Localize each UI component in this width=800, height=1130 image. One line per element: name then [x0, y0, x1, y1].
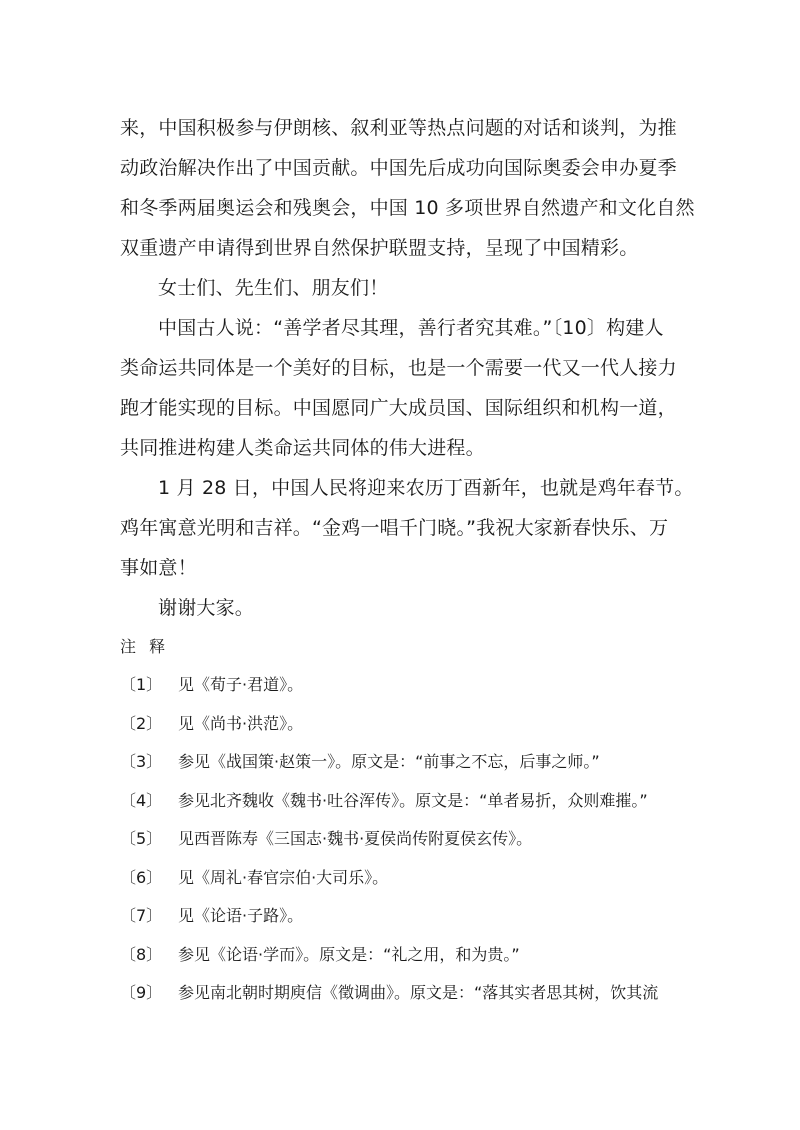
body-line: 来，中国积极参与伊朗核、叙利亚等热点问题的对话和谈判，为推: [120, 108, 680, 148]
note-item: 〔8〕 参见《论语·学而》。原文是：“礼之用，和为贵。”: [120, 936, 680, 975]
body-line: 跑才能实现的目标。中国愿同广大成员国、国际组织和机构一道，: [120, 388, 680, 428]
document-page: 来，中国积极参与伊朗核、叙利亚等热点问题的对话和谈判，为推 动政治解决作出了中国…: [120, 108, 680, 1013]
note-number: 〔8〕: [120, 936, 178, 975]
body-line: 类命运共同体是一个美好的目标，也是一个需要一代又一代人接力: [120, 348, 680, 388]
note-text: 参见北齐魏收《魏书·吐谷浑传》。原文是：“单者易折，众则难摧。”: [178, 782, 648, 821]
note-item: 〔6〕 见《周礼·春官宗伯·大司乐》。: [120, 859, 680, 898]
note-item: 〔7〕 见《论语·子路》。: [120, 897, 680, 936]
note-text: 参见《论语·学而》。原文是：“礼之用，和为贵。”: [178, 936, 520, 975]
body-line: 和冬季两届奥运会和残奥会，中国 10 多项世界自然遗产和文化自然: [120, 188, 680, 228]
note-number: 〔2〕: [120, 705, 178, 744]
body-line: 事如意！: [120, 548, 680, 588]
note-text: 见西晋陈寿《三国志·魏书·夏侯尚传附夏侯玄传》。: [178, 820, 532, 859]
note-text: 参见《战国策·赵策一》。原文是：“前事之不忘，后事之师。”: [178, 743, 600, 782]
note-text: 见《尚书·洪范》。: [178, 705, 303, 744]
body-line: 中国古人说：“善学者尽其理，善行者究其难。”〔10〕构建人: [120, 308, 680, 348]
note-number: 〔4〕: [120, 782, 178, 821]
greeting: 女士们、先生们、朋友们！: [120, 268, 680, 308]
note-number: 〔3〕: [120, 743, 178, 782]
note-number: 〔9〕: [120, 974, 178, 1013]
note-item: 〔1〕 见《荀子·君道》。: [120, 666, 680, 705]
note-item: 〔2〕 见《尚书·洪范》。: [120, 705, 680, 744]
note-text: 参见南北朝时期庾信《徵调曲》。原文是：“落其实者思其树，饮其流: [178, 974, 658, 1013]
closing: 谢谢大家。: [120, 588, 680, 628]
note-text: 见《周礼·春官宗伯·大司乐》。: [178, 859, 388, 898]
note-number: 〔5〕: [120, 820, 178, 859]
note-text: 见《荀子·君道》。: [178, 666, 303, 705]
body-line: 动政治解决作出了中国贡献。中国先后成功向国际奥委会申办夏季: [120, 148, 680, 188]
note-number: 〔6〕: [120, 859, 178, 898]
body-line: 双重遗产申请得到世界自然保护联盟支持，呈现了中国精彩。: [120, 228, 680, 268]
note-item: 〔3〕 参见《战国策·赵策一》。原文是：“前事之不忘，后事之师。”: [120, 743, 680, 782]
note-item: 〔9〕 参见南北朝时期庾信《徵调曲》。原文是：“落其实者思其树，饮其流: [120, 974, 680, 1013]
note-number: 〔7〕: [120, 897, 178, 936]
body-line: 共同推进构建人类命运共同体的伟大进程。: [120, 428, 680, 468]
note-item: 〔5〕 见西晋陈寿《三国志·魏书·夏侯尚传附夏侯玄传》。: [120, 820, 680, 859]
notes-heading: 注 释: [120, 628, 680, 666]
body-line: 1 月 28 日，中国人民将迎来农历丁酉新年，也就是鸡年春节。: [120, 468, 680, 508]
note-number: 〔1〕: [120, 666, 178, 705]
note-item: 〔4〕 参见北齐魏收《魏书·吐谷浑传》。原文是：“单者易折，众则难摧。”: [120, 782, 680, 821]
body-line: 鸡年寓意光明和吉祥。“金鸡一唱千门晓。”我祝大家新春快乐、万: [120, 508, 680, 548]
note-text: 见《论语·子路》。: [178, 897, 303, 936]
